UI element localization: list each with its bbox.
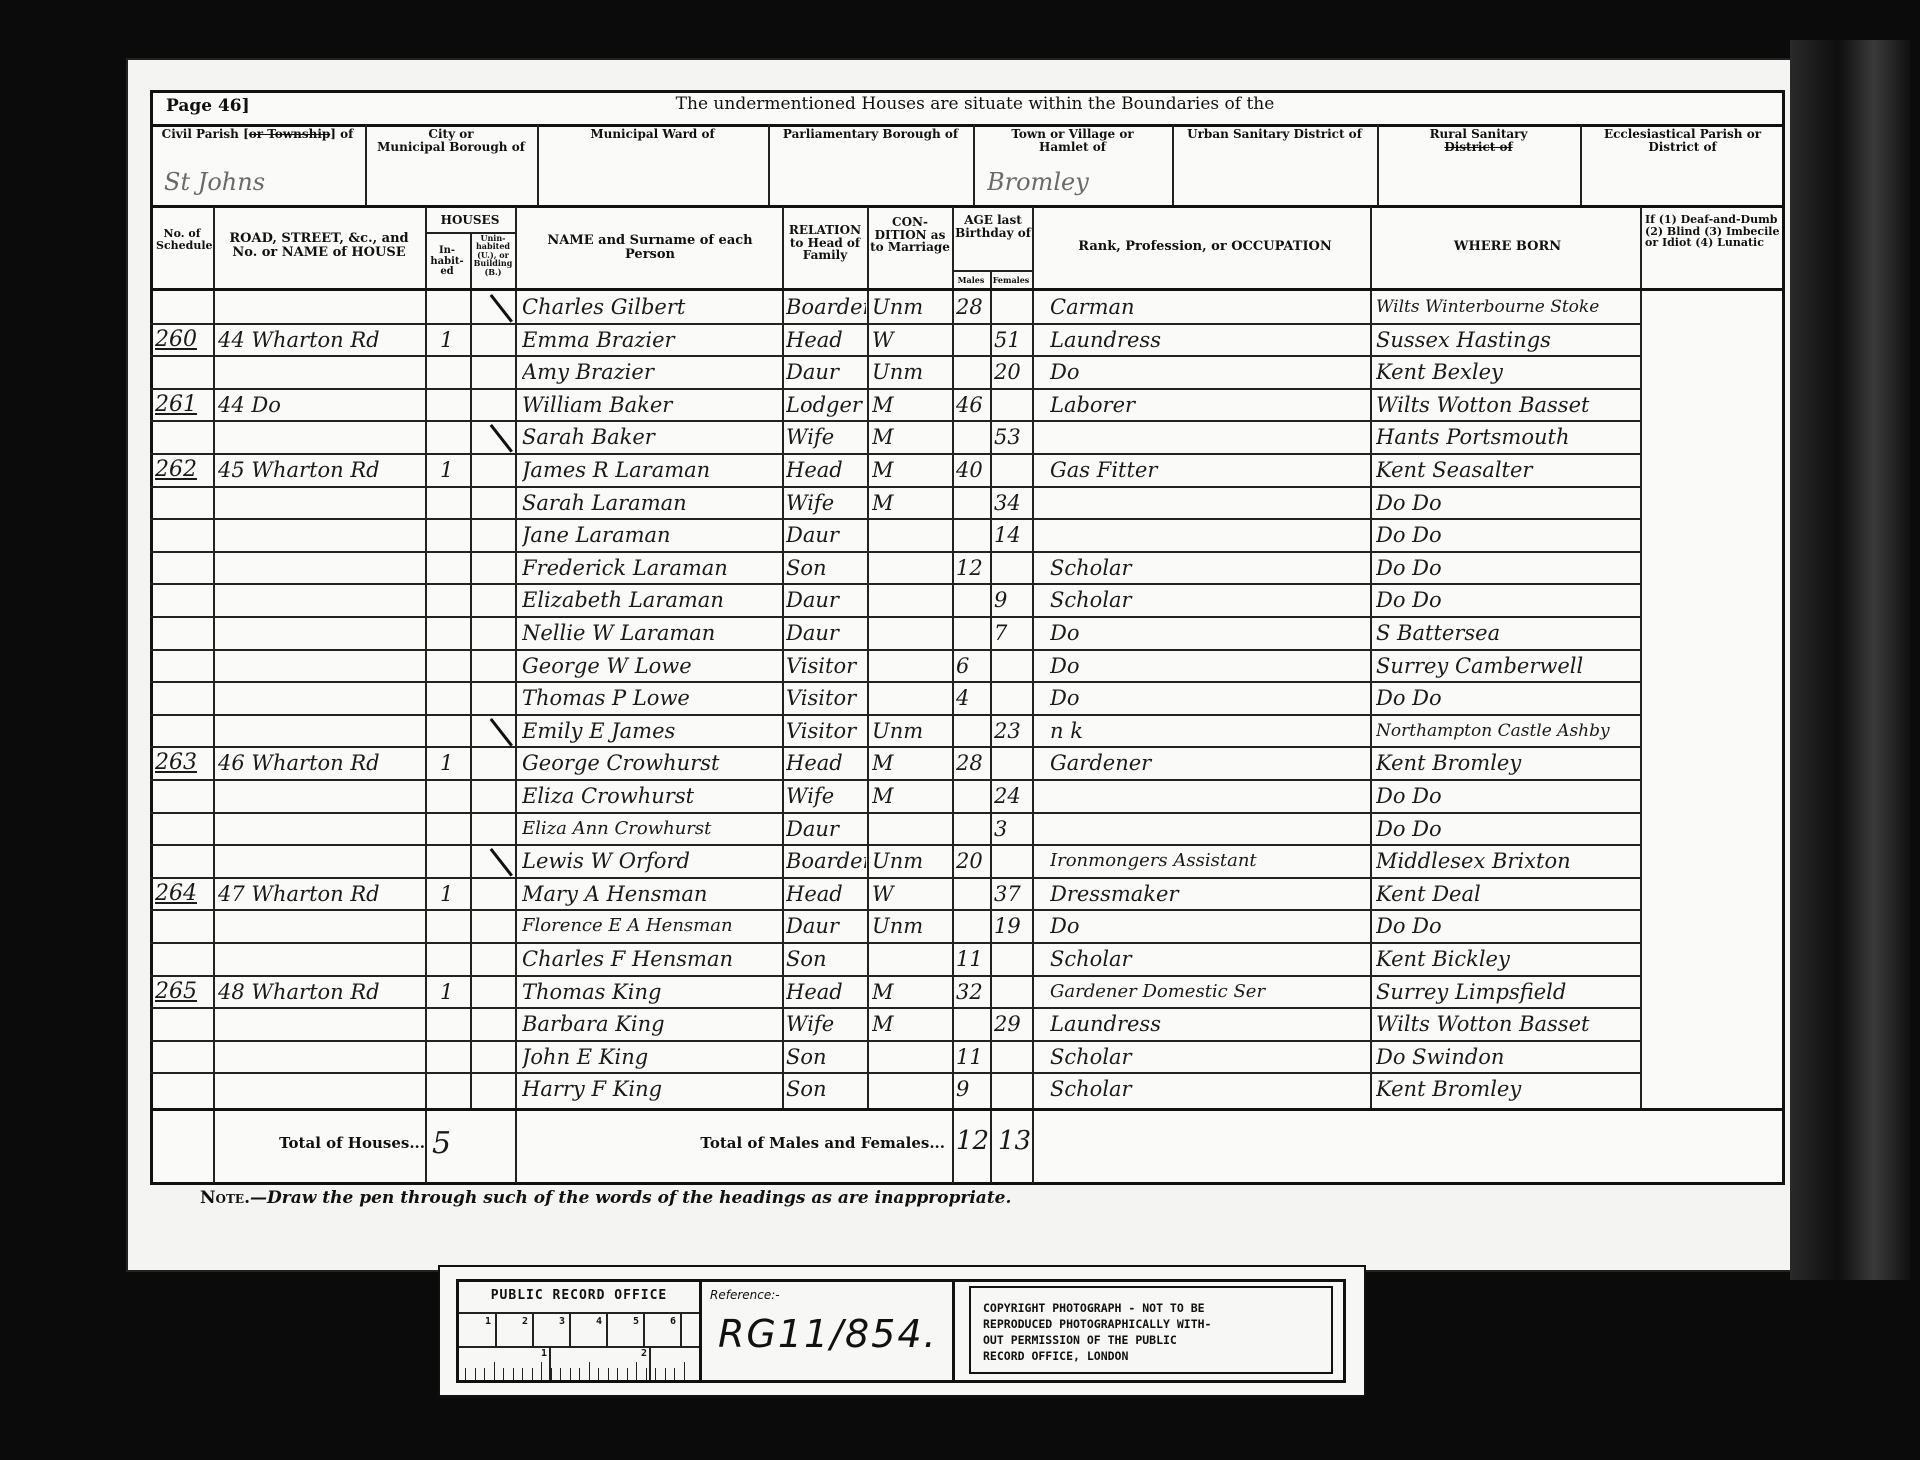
address [218,421,423,453]
ruler-minor-tick [494,1362,495,1380]
female-age: 37 [994,878,1032,910]
ruler-minor-tick [560,1368,561,1380]
relation: Son [786,943,866,975]
marital-condition [872,584,950,616]
reference-box: Reference:- RG11/854. [702,1282,955,1380]
male-age [956,421,990,453]
col-inhabited-header: In-habit-ed [428,246,466,278]
schedule-number [155,519,211,551]
birthplace: Surrey Limpsfield [1376,976,1638,1008]
female-age [994,747,1032,779]
schedule-number [155,845,211,877]
ruler-label: 1 [541,1348,547,1359]
relation: Head [786,454,866,486]
marital-condition [872,617,950,649]
relation: Wife [786,487,866,519]
birthplace: Kent Bromley [1376,1073,1638,1105]
person-name: Eliza Ann Crowhurst [522,813,780,845]
schedule-number [155,356,211,388]
district-label-part: or Township [249,127,331,141]
schedule-number [155,910,211,942]
marital-condition: M [872,747,950,779]
person-name: Eliza Crowhurst [522,780,780,812]
birthplace: Kent Seasalter [1376,454,1638,486]
ruler-tick [680,1312,682,1346]
ruler-minor-tick [541,1362,542,1380]
person-name: Mary A Hensman [522,878,780,910]
person-name: Charles Gilbert [522,291,780,323]
relation: Head [786,878,866,910]
inhabited-count: 1 [440,454,466,486]
occupation: Dressmaker [1050,878,1368,910]
schedule-number [155,1041,211,1073]
col-condition-header: CON-DITION as to Marriage [870,216,950,254]
col-relation-header: RELATION to Head of Family [785,224,865,262]
birthplace: Kent Bickley [1376,943,1638,975]
marital-condition: M [872,389,950,421]
ruler-box: PUBLIC RECORD OFFICE 123456 12 [459,1282,702,1380]
male-age [956,324,990,356]
birthplace: Kent Bexley [1376,356,1638,388]
address [218,780,423,812]
male-age [956,487,990,519]
occupation: n k [1050,715,1368,747]
inhabited-count [440,650,466,682]
marital-condition [872,813,950,845]
male-age [956,1008,990,1040]
birthplace: Do Do [1376,813,1638,845]
address [218,1008,423,1040]
female-age: 23 [994,715,1032,747]
schedule-number: 265 [155,976,211,1008]
col-name-header: NAME and Surname of each Person [525,234,775,261]
district-label: Urban Sanitary District of [1176,128,1373,141]
person-name: Jane Laraman [522,519,780,551]
marital-condition [872,552,950,584]
relation: Son [786,552,866,584]
birthplace: Do Do [1376,519,1638,551]
marital-condition: M [872,421,950,453]
relation: Daur [786,910,866,942]
col-infirmity-header: If (1) Deaf-and-Dumb (2) Blind (3) Imbec… [1645,214,1780,249]
address [218,584,423,616]
birthplace: Wilts Winterbourne Stoke [1376,291,1638,323]
address [218,813,423,845]
schedule-number [155,650,211,682]
schedule-number [155,813,211,845]
relation: Visitor [786,650,866,682]
total-houses-value: 5 [432,1126,451,1161]
stamp-inner-frame: PUBLIC RECORD OFFICE 123456 12 Reference… [456,1279,1346,1383]
copyright-box: COPYRIGHT PHOTOGRAPH - NOT TO BEREPRODUC… [969,1286,1333,1374]
female-age: 53 [994,421,1032,453]
male-age: 28 [956,291,990,323]
male-age: 40 [956,454,990,486]
female-age: 29 [994,1008,1032,1040]
occupation: Do [1050,650,1368,682]
person-name: Sarah Baker [522,421,780,453]
person-name: Emily E James [522,715,780,747]
address [218,910,423,942]
relation: Head [786,976,866,1008]
male-age [956,910,990,942]
occupation [1050,421,1368,453]
birthplace: Surrey Camberwell [1376,650,1638,682]
birthplace: Kent Deal [1376,878,1638,910]
inhabited-count [440,1008,466,1040]
ruler-minor-tick [655,1368,656,1380]
birthplace: Do Do [1376,552,1638,584]
person-name: William Baker [522,389,780,421]
district-divider-line [973,124,975,206]
female-age [994,454,1032,486]
ruler-label: 5 [633,1316,639,1327]
occupation: Do [1050,682,1368,714]
occupation: Laundress [1050,1008,1368,1040]
address [218,552,423,584]
col-age-header: AGE last Birthday of [955,214,1031,239]
ruler-label: 2 [522,1316,528,1327]
inhabited-count [440,715,466,747]
marital-condition [872,682,950,714]
male-age: 46 [956,389,990,421]
birthplace: Wilts Wotton Basset [1376,1008,1638,1040]
schedule-number [155,291,211,323]
ruler-label: 4 [596,1316,602,1327]
female-age [994,976,1032,1008]
ruler-minor-tick [598,1368,599,1380]
birthplace: Kent Bromley [1376,747,1638,779]
occupation: Scholar [1050,1073,1368,1105]
birthplace: Do Do [1376,780,1638,812]
district-label-part: ] of [330,127,353,141]
relation: Daur [786,519,866,551]
page-title: The undermentioned Houses are situate wi… [600,96,1350,114]
person-name: Sarah Laraman [522,487,780,519]
col-males-header: Males [953,276,989,284]
district-label: Rural Sanitary District of [1381,128,1576,153]
schedule-number [155,487,211,519]
schedule-number [155,715,211,747]
inhabited-count [440,845,466,877]
copyright-notice: COPYRIGHT PHOTOGRAPH - NOT TO BEREPRODUC… [983,1300,1211,1364]
col-uninhabited-header: Unin-habited (U.), or Building (B.) [472,234,514,276]
inhabited-count: 1 [440,878,466,910]
male-age [956,715,990,747]
inhabited-count [440,519,466,551]
female-age: 3 [994,813,1032,845]
ruler-tick [643,1312,645,1346]
person-name: Elizabeth Laraman [522,584,780,616]
schedule-number [155,943,211,975]
district-label-part: District of [1648,140,1716,154]
person-name: Charles F Hensman [522,943,780,975]
person-name: Emma Brazier [522,324,780,356]
address [218,650,423,682]
district-label-part: Hamlet of [1039,140,1106,154]
female-age: 34 [994,487,1032,519]
birthplace: Northampton Castle Ashby [1376,715,1638,747]
schedule-number [155,617,211,649]
schedule-number [155,682,211,714]
col-houses-header: HOUSES [425,214,515,227]
relation: Daur [786,584,866,616]
district-value: Bromley [987,168,1166,196]
schedule-number [155,584,211,616]
relation: Visitor [786,682,866,714]
note-prefix: Note. [200,1188,250,1208]
ruler-minor-tick [665,1368,666,1380]
female-age [994,943,1032,975]
inhabited-count: 1 [440,976,466,1008]
relation: Wife [786,421,866,453]
ruler-label: 1 [485,1316,491,1327]
birthplace: Do Do [1376,910,1638,942]
headings-note: Note.—Draw the pen through such of the w… [200,1188,1011,1208]
district-divider-line [1377,124,1379,206]
person-name: Harry F King [522,1073,780,1105]
female-age [994,552,1032,584]
marital-condition: Unm [872,715,950,747]
person-name: Thomas King [522,976,780,1008]
schedule-number [155,780,211,812]
ruler-tick [649,1346,651,1380]
relation: Daur [786,356,866,388]
ruler-minor-tick [465,1368,466,1380]
relation: Head [786,324,866,356]
relation: Boarder [786,291,866,323]
schedule-number: 263 [155,747,211,779]
col-females-header: Females [991,276,1031,284]
inhabited-count [440,780,466,812]
col-schedule-header: No. of Schedule [156,228,208,251]
address [218,291,423,323]
occupation [1050,780,1368,812]
inhabited-count [440,487,466,519]
reference-label: Reference:- [710,1288,780,1302]
inhabited-count [440,1073,466,1105]
ruler-minor-tick [684,1362,685,1380]
relation: Daur [786,813,866,845]
district-label: City orMunicipal Borough of [369,128,533,153]
district-value: St Johns [164,168,359,196]
marital-condition [872,519,950,551]
ruler-minor-tick [627,1368,628,1380]
marital-condition: Unm [872,910,950,942]
occupation [1050,519,1368,551]
male-age [956,780,990,812]
col-occupation-header: Rank, Profession, or OCCUPATION [1040,240,1370,254]
person-name: Barbara King [522,1008,780,1040]
district-label-part: Parliamentary Borough of [783,127,958,141]
inhabited-count [440,910,466,942]
address: 47 Wharton Rd [218,878,423,910]
marital-condition: M [872,780,950,812]
district-label: Ecclesiastical Parish orDistrict of [1584,128,1781,153]
male-age: 4 [956,682,990,714]
person-name: John E King [522,1041,780,1073]
occupation: Laborer [1050,389,1368,421]
inhabited-count: 1 [440,324,466,356]
occupation: Gas Fitter [1050,454,1368,486]
birthplace: Hants Portsmouth [1376,421,1638,453]
district-label-part: Civil Parish [ [162,127,249,141]
male-age: 11 [956,1041,990,1073]
ruler-minor-tick [532,1368,533,1380]
reference-number: RG11/854. [718,1312,938,1356]
inhabited-count: 1 [440,747,466,779]
relation: Lodger [786,389,866,421]
male-age: 11 [956,943,990,975]
relation: Head [786,747,866,779]
address: 44 Wharton Rd [218,324,423,356]
inhabited-count [440,617,466,649]
schedule-number [155,421,211,453]
address: 46 Wharton Rd [218,747,423,779]
col-born-header: WHERE BORN [1375,240,1640,254]
district-label-part: Urban Sanitary District of [1187,127,1362,141]
district-divider-line [537,124,539,206]
person-name: Thomas P Lowe [522,682,780,714]
district-divider-line [768,124,770,206]
address [218,519,423,551]
ruler-minor-tick [646,1368,647,1380]
address [218,617,423,649]
occupation: Scholar [1050,943,1368,975]
marital-condition: W [872,878,950,910]
occupation: Ironmongers Assistant [1050,845,1368,877]
address: 44 Do [218,389,423,421]
ruler-minor-tick [475,1368,476,1380]
district-label-part: Municipal Ward of [590,127,714,141]
schedule-number: 261 [155,389,211,421]
female-age: 9 [994,584,1032,616]
marital-condition: Unm [872,845,950,877]
person-name: Amy Brazier [522,356,780,388]
marital-condition: Unm [872,356,950,388]
male-age: 32 [956,976,990,1008]
ruler-minor-tick [513,1368,514,1380]
ruler-minor-tick [579,1368,580,1380]
male-age: 6 [956,650,990,682]
female-age: 24 [994,780,1032,812]
schedule-number [155,1073,211,1105]
occupation: Gardener [1050,747,1368,779]
ruler-label: 3 [559,1316,565,1327]
occupation: Laundress [1050,324,1368,356]
male-age: 12 [956,552,990,584]
address [218,1041,423,1073]
inhabited-count [440,552,466,584]
person-name: Lewis W Orford [522,845,780,877]
occupation: Carman [1050,291,1368,323]
marital-condition [872,1073,950,1105]
occupation: Scholar [1050,1041,1368,1073]
address [218,943,423,975]
male-age [956,519,990,551]
relation: Wife [786,780,866,812]
ruler-tick [549,1346,551,1380]
marital-condition [872,1041,950,1073]
marital-condition: W [872,324,950,356]
ruler-tick [532,1312,534,1346]
subheader-divider [952,270,1032,272]
district-label-part: Municipal Borough of [377,140,525,154]
district-divider-line [365,124,367,206]
ruler-tick [606,1312,608,1346]
occupation: Gardener Domestic Ser [1050,976,1368,1008]
schedule-number: 264 [155,878,211,910]
male-age: 9 [956,1073,990,1105]
ruler-minor-tick [522,1368,523,1380]
female-age [994,682,1032,714]
marital-condition: M [872,487,950,519]
total-persons-label: Total of Males and Females... [600,1136,945,1152]
female-age [994,1041,1032,1073]
address [218,845,423,877]
female-age [994,1073,1032,1105]
copyright-line: REPRODUCED PHOTOGRAPHICALLY WITH- [983,1316,1211,1332]
ruler-tick [495,1312,497,1346]
male-age [956,813,990,845]
occupation [1050,813,1368,845]
female-age: 7 [994,617,1032,649]
female-age: 20 [994,356,1032,388]
page-number: Page 46] [166,98,250,116]
birthplace: Do Swindon [1376,1041,1638,1073]
ruler-divider-bottom [459,1346,699,1348]
birthplace: Do Do [1376,584,1638,616]
schedule-number [155,1008,211,1040]
inhabited-count [440,813,466,845]
inhabited-count [440,943,466,975]
relation: Son [786,1073,866,1105]
stamp-office-name: PUBLIC RECORD OFFICE [459,1288,699,1303]
birthplace: Middlesex Brixton [1376,845,1638,877]
copyright-line: RECORD OFFICE, LONDON [983,1348,1211,1364]
relation: Visitor [786,715,866,747]
inhabited-count [440,291,466,323]
subheader-divider [425,232,515,234]
marital-condition: M [872,454,950,486]
ruler-minor-tick [570,1368,571,1380]
female-age [994,650,1032,682]
schedule-number: 260 [155,324,211,356]
occupation: Do [1050,617,1368,649]
ruler-minor-tick [617,1368,618,1380]
inhabited-count [440,389,466,421]
address [218,356,423,388]
binding-edge [1790,40,1910,1280]
total-houses-label: Total of Houses... [260,1136,425,1152]
female-age: 51 [994,324,1032,356]
address: 45 Wharton Rd [218,454,423,486]
male-age: 20 [956,845,990,877]
inhabited-count [440,584,466,616]
person-name: Nellie W Laraman [522,617,780,649]
ruler-minor-tick [484,1368,485,1380]
person-name: Frederick Laraman [522,552,780,584]
marital-condition [872,650,950,682]
male-age [956,356,990,388]
copyright-line: OUT PERMISSION OF THE PUBLIC [983,1332,1211,1348]
female-age [994,291,1032,323]
relation: Daur [786,617,866,649]
birthplace: S Battersea [1376,617,1638,649]
district-label: Town or Village orHamlet of [977,128,1168,153]
total-males-value: 12 [956,1126,989,1156]
ruler-minor-tick [674,1368,675,1380]
